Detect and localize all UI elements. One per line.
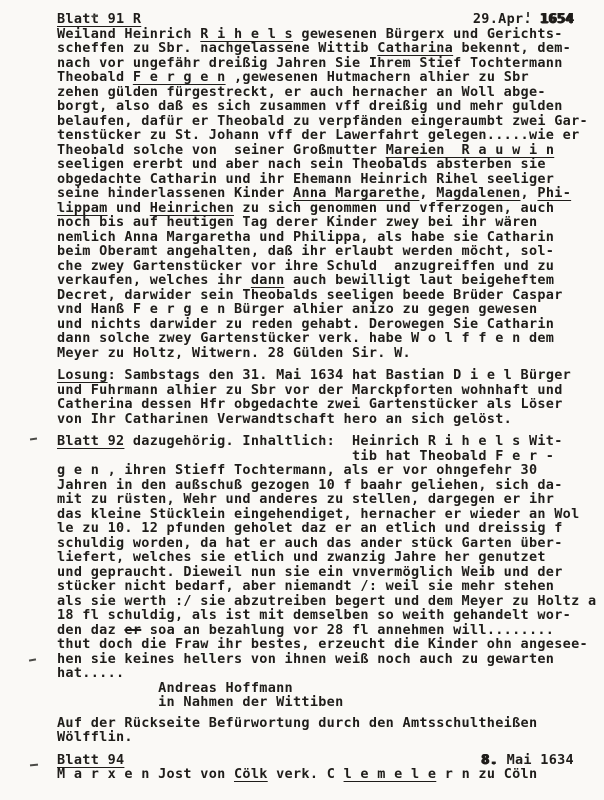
underlined-text: Cölk: [234, 766, 268, 782]
text-line: scheffen zu Sbr. nachgelassene Wittib Ca…: [57, 41, 596, 56]
text-line: Decret, darwider sein Theobalds seeligen…: [57, 288, 596, 303]
text-line: und Fuhrmann alhier zu Sbr vor der Marck…: [57, 383, 596, 398]
text-line: obgedachte Catharin und ihr Ehemann Hein…: [57, 172, 596, 187]
blatt-94-header-date: 8. Mai 1634: [481, 753, 574, 768]
text-line: hen sie keines hellers von ihnen weiß no…: [57, 652, 596, 667]
text-run: M a r x e n Jost von: [57, 766, 234, 782]
text-line: Andreas Hoffmann: [57, 681, 596, 696]
text-line: belaufen, dafür er Theobald zu verpfände…: [57, 114, 596, 129]
text-line: Auf der Rückseite Befürwortung durch den…: [57, 716, 596, 731]
text-line: beim Oberamt angehalten, daß ihr erlaubt…: [57, 244, 596, 259]
text-line: tib hat Theobald F e r -: [57, 449, 596, 464]
blatt-94-header: Blatt 948. Mai 1634: [57, 753, 596, 768]
text-line: Jahren in den außschuß gezogen 10 f baah…: [57, 478, 596, 493]
text-line: stücker nicht bedarf, aber niemandt /: w…: [57, 579, 596, 594]
text-line: als sie werth :/ sie abzutreiben begert …: [57, 594, 596, 609]
text-line: nemlich Anna Margaretha und Philippa, al…: [57, 230, 596, 245]
text-line: und gepraucht. Dieweil nun sie ein vnver…: [57, 565, 596, 580]
text-line: vnd Hanß F e r g e n Bürger alhier anizo…: [57, 302, 596, 317]
text-run: in Nahmen der Wittiben: [57, 694, 344, 710]
text-run: hen sie keines hellers von ihnen weiß no…: [57, 651, 554, 667]
text-line: Theobald solche von seiner Großmutter Ma…: [57, 143, 596, 158]
text-line: verkaufen, welches ihr dann auch bewilli…: [57, 273, 596, 288]
text-line: Losung: Sambstags den 31. Mai 1634 hat B…: [57, 368, 596, 383]
scanned-document-page: Blatt 91 R29.Apr. 1654Weiland Heinrich R…: [0, 0, 604, 800]
text-line: von Ihr Catharinen Verwandtschaft hero a…: [57, 412, 596, 427]
text-line: liefert, welches sie etlich und zwanzig …: [57, 550, 596, 565]
text-line: den daz er soa an bezahlung vor 28 fl an…: [57, 623, 596, 638]
text-line: nach vor ungefähr dreißig Jahren Sie Ihr…: [57, 56, 596, 71]
text-line: schuldig worden, da hat er auch das ande…: [57, 536, 596, 551]
text-run: von Ihr Catharinen Verwandtschaft hero a…: [57, 411, 512, 427]
text-run: verk. C: [268, 766, 344, 782]
text-run: Wölfflin.: [57, 729, 133, 745]
text-run: Meyer zu Holtz, Witwern. 28 Gülden Sir. …: [57, 345, 411, 361]
text-line: Meyer zu Holtz, Witwern. 28 Gülden Sir. …: [57, 346, 596, 361]
text-line: Wölfflin.: [57, 730, 596, 745]
scan-artifact: [29, 658, 36, 661]
text-line: borgt, also daß es sich zusammen vff dre…: [57, 99, 596, 114]
signature: Andreas Hoffmann in Nahmen der Wittiben: [57, 681, 596, 710]
text-line: Theobald F e r g e n ,gewesenen Hutmache…: [57, 70, 596, 85]
scan-artifact: [527, 12, 529, 17]
blatt-91-header-title: Blatt 91 R: [57, 12, 141, 27]
text-line: le zu 10. 12 pfunden geholet daz er an e…: [57, 521, 596, 536]
text-line: thut doch die Fraw ihr bestes, erzeucht …: [57, 637, 596, 652]
losung: Losung: Sambstags den 31. Mai 1634 hat B…: [57, 368, 596, 426]
text-line: seine hinderlassenen Kinder Anna Margare…: [57, 186, 596, 201]
text-line: und nichts darwider zu reden gehabt. Der…: [57, 317, 596, 332]
blatt-91-header: Blatt 91 R29.Apr. 1654: [57, 12, 596, 27]
text-line: 18 fl schuldig, als ist mit demselben so…: [57, 608, 596, 623]
blatt-91-body: Weiland Heinrich R i h e l s gewesenen B…: [57, 27, 596, 361]
text-run: r n zu Cöln: [436, 766, 537, 782]
text-line: Weiland Heinrich R i h e l s gewesenen B…: [57, 27, 596, 42]
scan-artifact: [30, 438, 37, 441]
text-line: Blatt 92 dazugehörig. Inhaltlich: Heinri…: [57, 434, 596, 449]
text-line: in Nahmen der Wittiben: [57, 695, 596, 710]
text-line: noch bis auf heutigen Tag derer Kinder z…: [57, 215, 596, 230]
blatt-94-header-title: Blatt 94: [57, 753, 124, 768]
text-line: hat.....: [57, 666, 596, 681]
text-line: dann solche zwey Gartenstücker verk. hab…: [57, 331, 596, 346]
text-line: g e n , ihren Stieff Tochtermann, als er…: [57, 463, 596, 478]
text-line: tenstücker zu St. Johann vff der Lawerfa…: [57, 128, 596, 143]
blatt-92-body: Blatt 92 dazugehörig. Inhaltlich: Heinri…: [57, 434, 596, 681]
text-line: Catherina dessen Hfr obgedachte zwei Gar…: [57, 397, 596, 412]
blatt-94-body: M a r x e n Jost von Cölk verk. C l e m …: [57, 767, 596, 782]
text-line: M a r x e n Jost von Cölk verk. C l e m …: [57, 767, 596, 782]
scan-artifact: [30, 764, 38, 767]
document-text: Blatt 91 R29.Apr. 1654Weiland Heinrich R…: [57, 12, 596, 782]
text-line: mit zu rüsten, Wehr und anderes zu stell…: [57, 492, 596, 507]
rueckseite-note: Auf der Rückseite Befürwortung durch den…: [57, 716, 596, 745]
underlined-text: l e m e l e: [344, 766, 437, 782]
text-line: das kleine Stücklein eingehendiget, hern…: [57, 507, 596, 522]
blatt-91-header-date: 29.Apr. 1654: [473, 12, 574, 27]
text-line: seeligen ererbt und aber nach sein Theob…: [57, 157, 596, 172]
text-line: zehen gülden fürgestreckt, er auch herna…: [57, 85, 596, 100]
text-line: lippam und Heinrichen zu sich genommen u…: [57, 201, 596, 216]
text-line: che zwey Gartenstücker vor ihre Schuld a…: [57, 259, 596, 274]
